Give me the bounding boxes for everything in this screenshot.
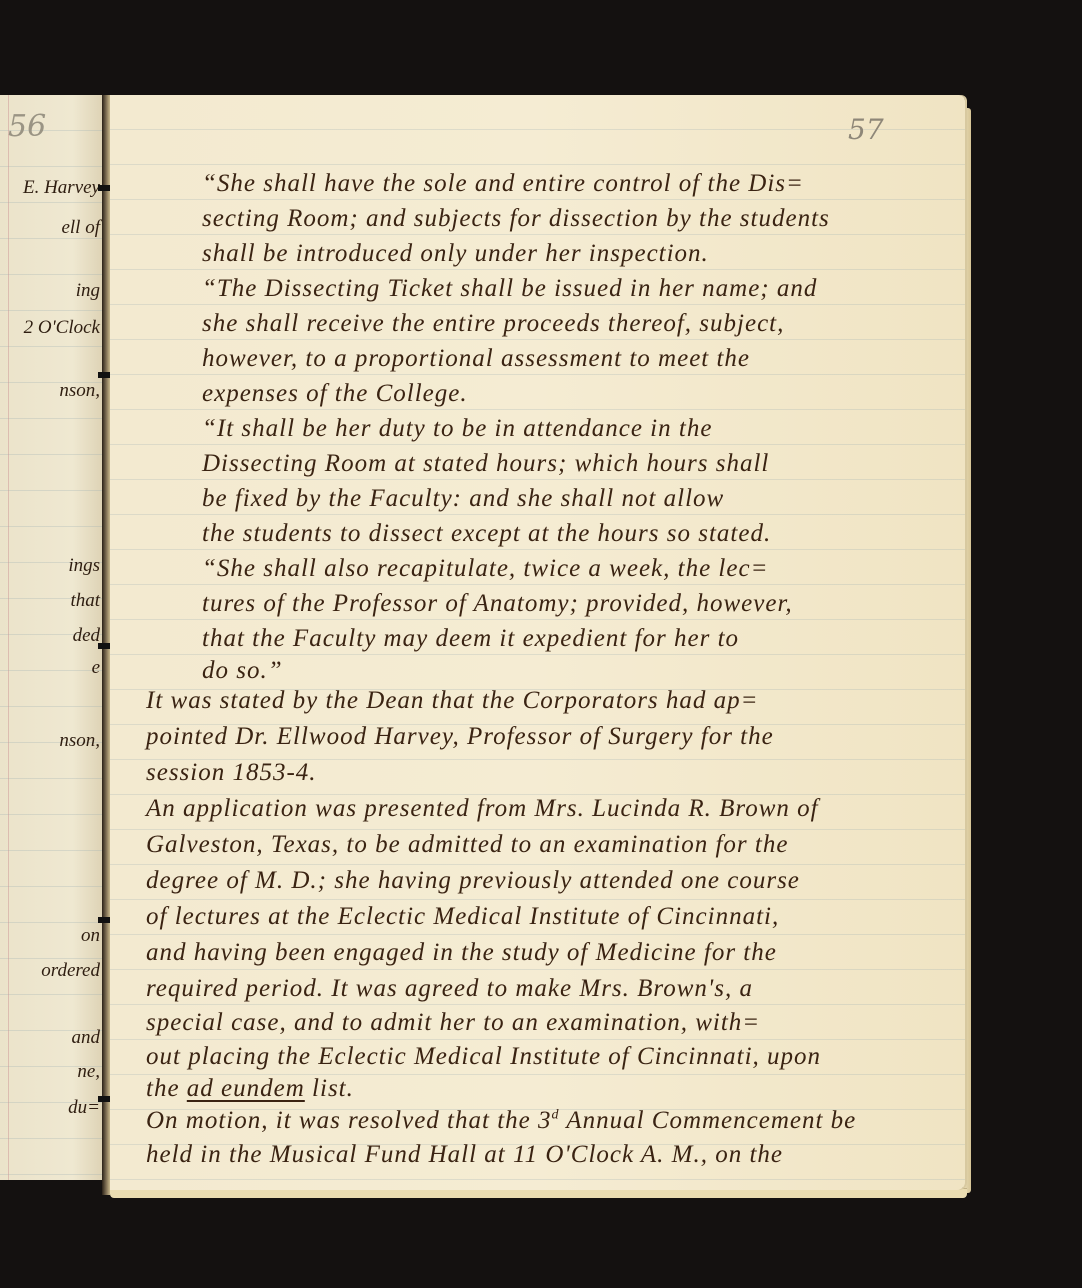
left-page-text-fragment: nson, (59, 730, 100, 752)
manuscript-line: “The Dissecting Ticket shall be issued i… (202, 275, 817, 303)
manuscript-line: tures of the Professor of Anatomy; provi… (202, 590, 793, 618)
manuscript-line: Galveston, Texas, to be admitted to an e… (146, 831, 788, 859)
left-page-text-fragment: e (92, 657, 100, 679)
manuscript-line: An application was presented from Mrs. L… (146, 795, 819, 823)
manuscript-line: expenses of the College. (202, 380, 468, 408)
manuscript-line: that the Faculty may deem it expedient f… (202, 625, 739, 653)
manuscript-line: session 1853-4. (146, 759, 317, 787)
manuscript-line: of lectures at the Eclectic Medical Inst… (146, 903, 779, 931)
left-page-text-fragment: ell of (61, 217, 100, 239)
left-page: 56 E. Harveyell ofing2 O'Clocknson,ingst… (0, 95, 104, 1180)
manuscript-line: do so.” (202, 657, 283, 685)
manuscript-line: special case, and to admit her to an exa… (146, 1009, 760, 1037)
manuscript-line: pointed Dr. Ellwood Harvey, Professor of… (146, 723, 774, 751)
manuscript-line: be fixed by the Faculty: and she shall n… (202, 485, 724, 513)
left-page-number: 56 (8, 109, 46, 144)
left-page-text-fragment: ded (73, 625, 100, 647)
motion-line-1: On motion, it was resolved that the 3d A… (146, 1107, 856, 1135)
left-page-text-fragment: that (70, 590, 100, 612)
manuscript-line: secting Room; and subjects for dissectio… (202, 205, 830, 233)
left-page-text-fragment: du= (68, 1097, 100, 1119)
left-page-text-fragment: nson, (59, 380, 100, 402)
text-span: Annual Commencement be (560, 1107, 857, 1134)
manuscript-line: out placing the Eclectic Medical Institu… (146, 1043, 821, 1071)
ordinal-superscript: d (552, 1108, 560, 1123)
manuscript-line: she shall receive the entire proceeds th… (202, 310, 784, 338)
left-page-text-fragment: ing (76, 280, 100, 302)
ad-eundem-line: the ad eundem list. (146, 1075, 354, 1103)
manuscript-line: shall be introduced only under her inspe… (202, 240, 709, 268)
manuscript-line: the students to dissect except at the ho… (202, 520, 771, 548)
manuscript-line: “She shall also recapitulate, twice a we… (202, 555, 768, 583)
left-page-text-fragment: and (72, 1027, 101, 1049)
margin-line (8, 95, 9, 1180)
manuscript-line: required period. It was agreed to make M… (146, 975, 753, 1003)
left-page-text-fragment: E. Harvey (23, 177, 100, 199)
text-span: On motion, it was resolved that the 3 (146, 1107, 552, 1134)
left-page-text-fragment: ne, (77, 1061, 100, 1083)
manuscript-line: degree of M. D.; she having previously a… (146, 867, 800, 895)
manuscript-line: “She shall have the sole and entire cont… (202, 170, 804, 198)
left-page-text-fragment: 2 O'Clock (24, 317, 100, 339)
text-span: the (146, 1075, 187, 1102)
left-page-text-fragment: on (81, 925, 100, 947)
manuscript-text: “She shall have the sole and entire cont… (110, 95, 965, 1190)
manuscript-line: however, to a proportional assessment to… (202, 345, 750, 373)
left-page-text-fragment: ings (68, 555, 100, 577)
manuscript-line: Dissecting Room at stated hours; which h… (202, 450, 769, 478)
manuscript-line: “It shall be her duty to be in attendanc… (202, 415, 712, 443)
left-page-text-fragment: ordered (41, 960, 100, 982)
text-span: list. (305, 1075, 354, 1102)
right-page: 57 “She shall have the sole and entire c… (110, 95, 965, 1190)
underlined-latin-phrase: ad eundem (187, 1075, 305, 1102)
motion-line-2: held in the Musical Fund Hall at 11 O'Cl… (146, 1141, 783, 1169)
manuscript-line: and having been engaged in the study of … (146, 939, 777, 967)
manuscript-line: It was stated by the Dean that the Corpo… (146, 687, 759, 715)
